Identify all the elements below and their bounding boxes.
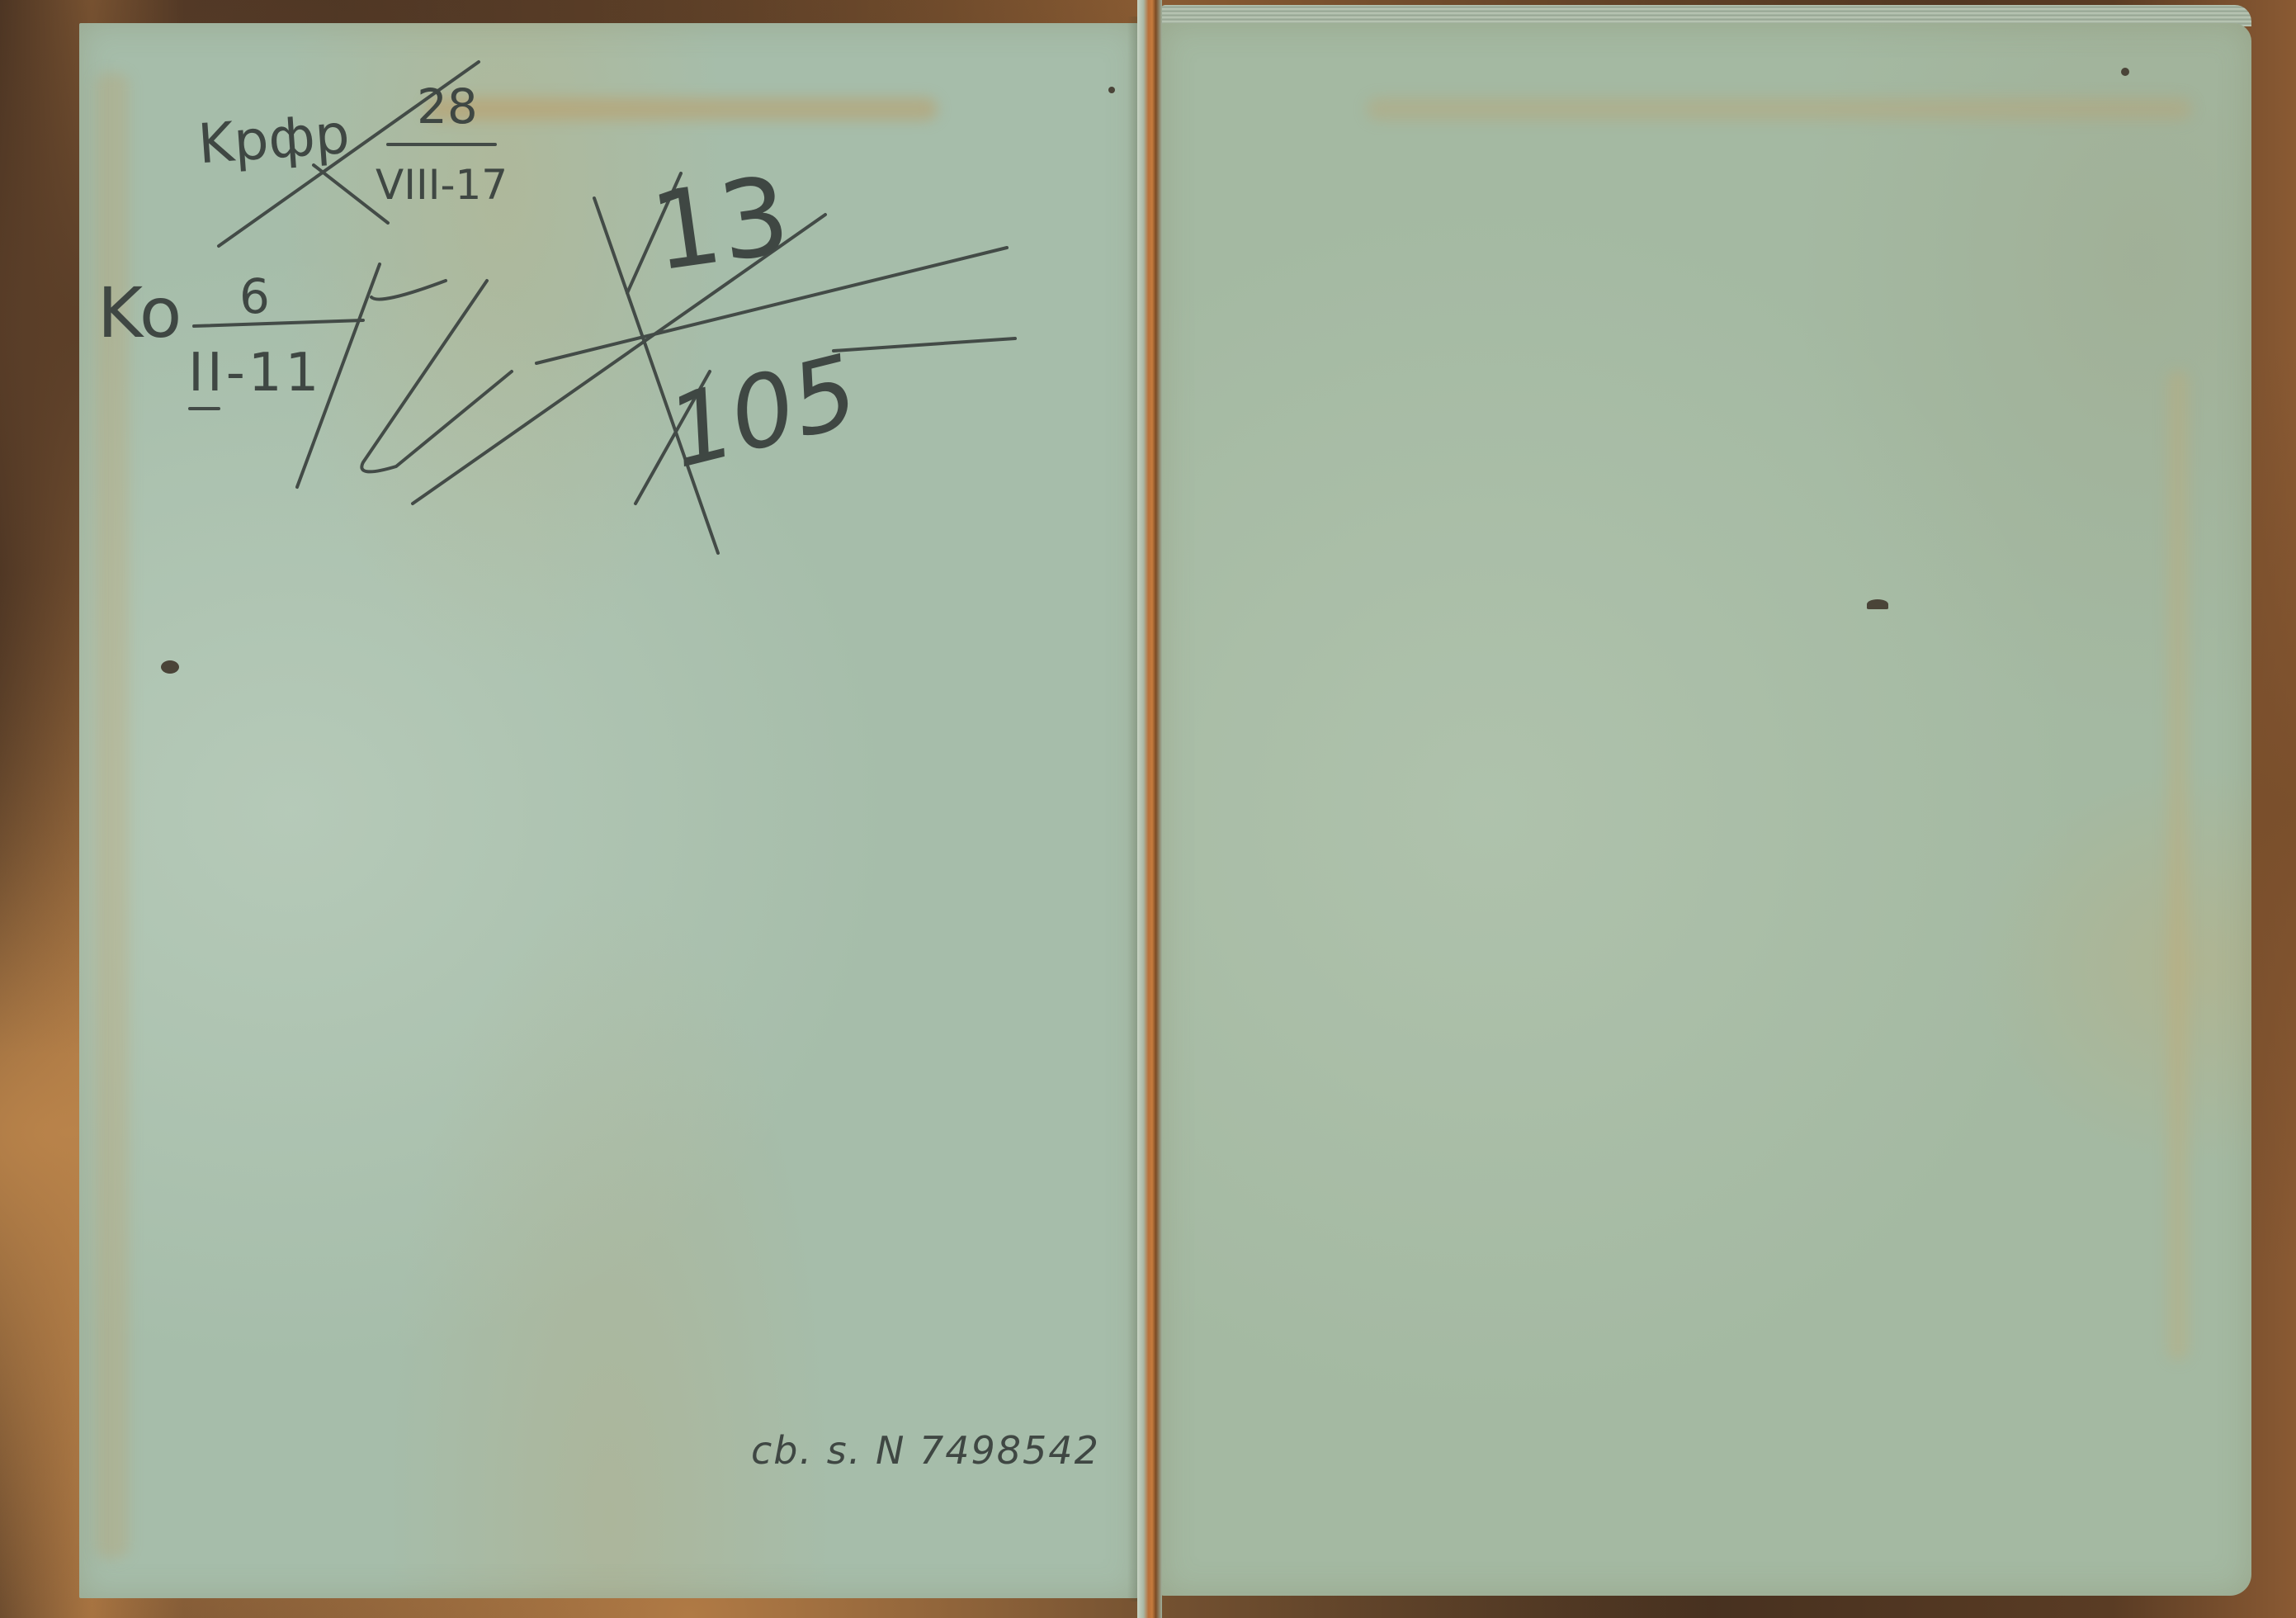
- stain-margin: [2167, 370, 2189, 1360]
- ink-speck: [2121, 68, 2129, 76]
- ink-speck: [161, 660, 179, 674]
- mark1-prefix: Kpфp: [196, 102, 352, 177]
- inventory-number: cb. s. N 7498542: [751, 1428, 1100, 1473]
- mark3-number: 13: [644, 152, 796, 296]
- spine-hinge: [1137, 0, 1162, 1618]
- right-endpaper: [1160, 23, 2251, 1596]
- mark1-denominator: VIII-17: [376, 161, 508, 209]
- mark2-denominator: II-11: [188, 343, 322, 404]
- open-book: Kpфp 28 VIII-17 Ko 6 II-11 13 105 cb. s.…: [0, 0, 2296, 1618]
- mark2-prefix: Ko: [97, 272, 182, 353]
- stain-band: [426, 97, 938, 121]
- mark2-numerator: 6: [239, 268, 270, 324]
- ink-speck: [1108, 87, 1115, 93]
- mark1-numerator: 28: [417, 78, 478, 135]
- ink-speck: [1867, 599, 1888, 609]
- stain-band: [1367, 97, 2192, 121]
- left-endpaper: [79, 23, 1140, 1598]
